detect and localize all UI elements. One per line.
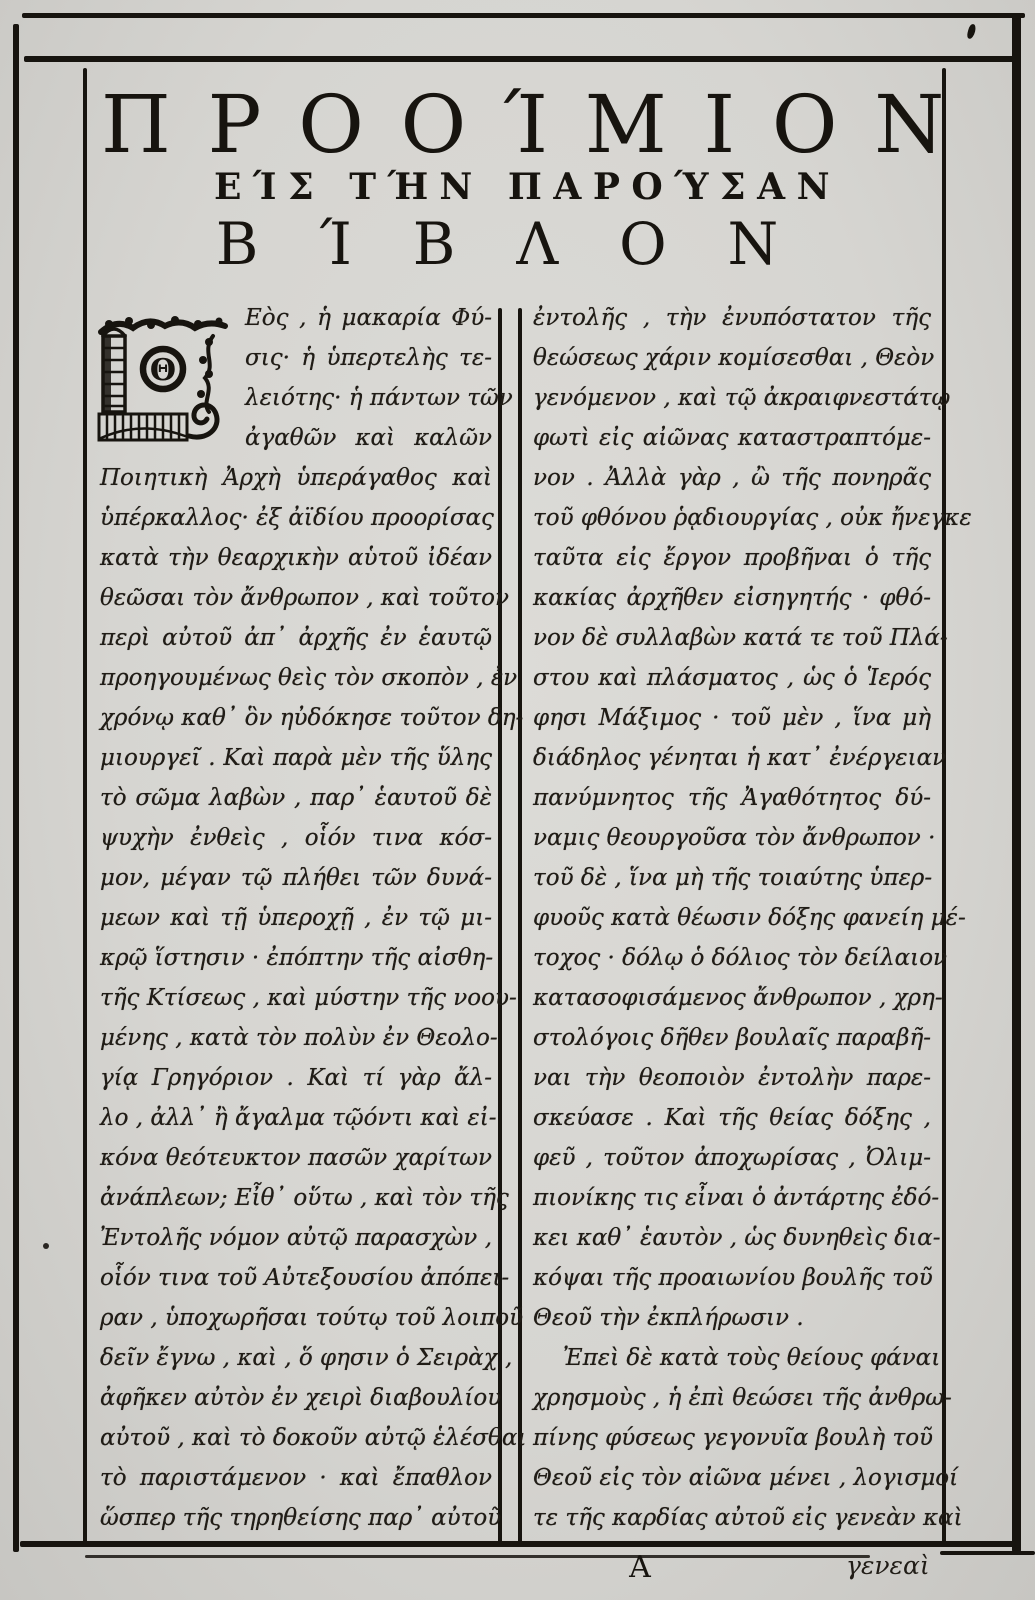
text-line: ὥσπερ τῆς τηρηθείσης παρ᾽ αὐτοῦ <box>100 1498 492 1538</box>
text-line: τὸ παριστάμενον · καὶ ἔπαθλον <box>100 1458 492 1498</box>
text-line: κατασοφισάμενος ἄνθρωπον , χρη- <box>533 978 931 1018</box>
text-line: διάδηλος γένηται ἡ κατ᾽ ἐνέργειαν <box>533 738 931 778</box>
bottom-rule-1 <box>20 1541 1016 1547</box>
outer-left-rule <box>13 24 19 1552</box>
text-line: κρῷ ἵστησιν · ἐπόπτην τῆς αἰσθη- <box>100 938 492 978</box>
text-line: Ἐντολῆς νόμον αὐτῷ παρασχὼν , <box>100 1218 492 1258</box>
text-line: σις· ἡ ὑπερτελὴς τε- <box>245 338 492 378</box>
text-line: φωτὶ εἰς αἰῶνας καταστραπτόμε- <box>533 418 931 458</box>
signature-mark: A <box>615 1550 665 1585</box>
page-subtitle-biblion: ΒΊΒΛΟΝ <box>101 210 954 278</box>
text-line: στολόγοις δῆθεν βουλαῖς παραβῆ- <box>533 1018 931 1058</box>
text-line: κει καθ᾽ ἑαυτὸν , ὡς δυνηθεὶς δια- <box>533 1218 931 1258</box>
text-line: φησι Μάξιμος · τοῦ μὲν , ἵνα μὴ <box>533 698 931 738</box>
text-line: ὑπέρκαλλος· ἐξ ἀϊδίου προορίσας <box>100 498 492 538</box>
scanned-page: ΠΡΟΟΊΜΙΟΝ ΕΊΣ ΤΉΝ ΠΑΡΟΎΣΑΝ ΒΊΒΛΟΝ <box>0 0 1035 1600</box>
text-line: φεῦ , τοῦτον ἀποχωρίσας , Ὀλιμ- <box>533 1138 931 1178</box>
text-line: ναμις θεουργοῦσα τὸν ἄνθρωπον · <box>533 818 931 858</box>
catchword: γενεαὶ <box>846 1551 946 1580</box>
text-line: ἀφῆκεν αὐτὸν ἐν χειρὶ διαβουλίου <box>100 1378 492 1418</box>
text-line: γενόμενον , καὶ τῷ ἀκραιφνεστάτῳ <box>533 378 931 418</box>
text-line: προηγουμένως θεὶς τὸν σκοπὸν , ἐν <box>100 658 492 698</box>
text-line: ναι τὴν θεοποιὸν ἐντολὴν παρε- <box>533 1058 931 1098</box>
text-line: δεῖν ἔγνω , καὶ , ὅ φησιν ὁ Σειρὰχ , <box>100 1338 492 1378</box>
text-line: αὐτοῦ , καὶ τὸ δοκοῦν αὐτῷ ἑλέσθαι <box>100 1418 492 1458</box>
text-line: πιονίκης τις εἶναι ὁ ἀντάρτης ἐδό- <box>533 1178 931 1218</box>
ink-speck <box>43 1243 49 1249</box>
left-column: Εὸς , ἡ μακαρία Φύ-σις· ἡ ὑπερτελὴς τε-λ… <box>100 298 492 1538</box>
text-line: λειότης· ἡ πάντων τῶν <box>245 378 492 418</box>
text-line: Θεοῦ εἰς τὸν αἰῶνα μένει , λογισμοί <box>533 1458 931 1498</box>
text-line: θεώσεως χάριν κομίσεσθαι , Θεὸν <box>533 338 931 378</box>
text-line: κακίας ἀρχῆθεν εἰσηγητής · φθό- <box>533 578 931 618</box>
text-line: τῆς Κτίσεως , καὶ μύστην τῆς νοου- <box>100 978 492 1018</box>
text-line: νον . Ἀλλὰ γὰρ , ὢ τῆς πονηρᾶς <box>533 458 931 498</box>
text-line: Εὸς , ἡ μακαρία Φύ- <box>245 298 492 338</box>
ink-mark <box>966 23 976 39</box>
text-line: ταῦτα εἰς ἔργον προβῆναι ὁ τῆς <box>533 538 931 578</box>
text-line: οἷόν τινα τοῦ Αὐτεξουσίου ἀπόπει- <box>100 1258 492 1298</box>
right-column: ἐντολῆς , τὴν ἐνυπόστατον τῆςθεώσεως χάρ… <box>533 298 931 1538</box>
text-line: κατὰ τὴν θεαρχικὴν αὑτοῦ ἰδέαν <box>100 538 492 578</box>
text-line: περὶ αὐτοῦ ἀπ᾽ ἀρχῆς ἐν ἑαυτῷ <box>100 618 492 658</box>
text-line: Θεοῦ τὴν ἐκπλήρωσιν . <box>533 1298 931 1338</box>
text-line: χρόνῳ καθ᾽ ὃν ηὐδόκησε τοῦτον δη- <box>100 698 492 738</box>
text-line: κόνα θεότευκτον πασῶν χαρίτων <box>100 1138 492 1178</box>
text-line: ψυχὴν ἐνθεὶς , οἷόν τινα κόσ- <box>100 818 492 858</box>
text-line: φυοῦς κατὰ θέωσιν δόξης φανείη μέ- <box>533 898 931 938</box>
column-divider-rule-2 <box>518 308 522 1543</box>
text-line: τοῦ δὲ , ἵνα μὴ τῆς τοιαύτης ὑπερ- <box>533 858 931 898</box>
text-line: Ποιητικὴ Ἀρχὴ ὑπεράγαθος καὶ <box>100 458 492 498</box>
text-line: ραν , ὑποχωρῆσαι τούτῳ τοῦ λοιποῦ <box>100 1298 492 1338</box>
text-line: τοῦ φθόνου ῥᾳδιουργίας , οὐκ ἤνεγκε <box>533 498 931 538</box>
text-line: μον, μέγαν τῷ πλήθει τῶν δυνά- <box>100 858 492 898</box>
text-line: τὸ σῶμα λαβὼν , παρ᾽ ἑαυτοῦ δὲ <box>100 778 492 818</box>
text-frame-right-rule <box>942 68 946 1543</box>
text-line: μεων καὶ τῇ ὑπεροχῇ , ἐν τῷ μι- <box>100 898 492 938</box>
text-line: πανύμνητος τῆς Ἀγαθότητος δύ- <box>533 778 931 818</box>
text-line: τοχος · δόλῳ ὁ δόλιος τὸν δείλαιον <box>533 938 931 978</box>
bottom-rule-2 <box>85 1555 870 1558</box>
text-line: σκεύασε . Καὶ τῆς θείας δόξης , <box>533 1098 931 1138</box>
outer-right-rule <box>1012 14 1021 1552</box>
text-line: νον δὲ συλλαβὼν κατά τε τοῦ Πλά- <box>533 618 931 658</box>
text-line: στου καὶ πλάσματος , ὡς ὁ Ἱερός <box>533 658 931 698</box>
text-line: θεῶσαι τὸν ἄνθρωπον , καὶ τοῦτον <box>100 578 492 618</box>
header-rule <box>24 56 1016 62</box>
text-line: ἀγαθῶν καὶ καλῶν <box>245 418 492 458</box>
page-subtitle: ΕΊΣ ΤΉΝ ΠΑΡΟΎΣΑΝ <box>101 166 954 208</box>
text-line: ἀνάπλεων; Εἶθ᾽ οὕτω , καὶ τὸν τῆς <box>100 1178 492 1218</box>
text-line: λο , ἀλλ᾽ ἢ ἄγαλμα τῷόντι καὶ εἰ- <box>100 1098 492 1138</box>
text-line: μιουργεῖ . Καὶ παρὰ μὲν τῆς ὕλης <box>100 738 492 778</box>
page-title: ΠΡΟΟΊΜΙΟΝ <box>101 78 954 171</box>
text-line: γίᾳ Γρηγόριον . Καὶ τί γὰρ ἄλ- <box>100 1058 492 1098</box>
outer-top-rule <box>22 13 1025 18</box>
text-line: μένης , κατὰ τὸν πολὺν ἐν Θεολο- <box>100 1018 492 1058</box>
bottom-rule-fragment <box>940 1551 1035 1555</box>
text-line: πίνης φύσεως γεγονυῖα βουλὴ τοῦ <box>533 1418 931 1458</box>
text-line: ἐντολῆς , τὴν ἐνυπόστατον τῆς <box>533 298 931 338</box>
text-frame-left-rule <box>83 68 87 1543</box>
text-line: Ἐπεὶ δὲ κατὰ τοὺς θείους φάναι <box>533 1338 931 1378</box>
text-line: χρησμοὺς , ἡ ἐπὶ θεώσει τῆς ἀνθρω- <box>533 1378 931 1418</box>
text-line: κόψαι τῆς προαιωνίου βουλῆς τοῦ <box>533 1258 931 1298</box>
text-line: τε τῆς καρδίας αὐτοῦ εἰς γενεὰν καὶ <box>533 1498 931 1538</box>
